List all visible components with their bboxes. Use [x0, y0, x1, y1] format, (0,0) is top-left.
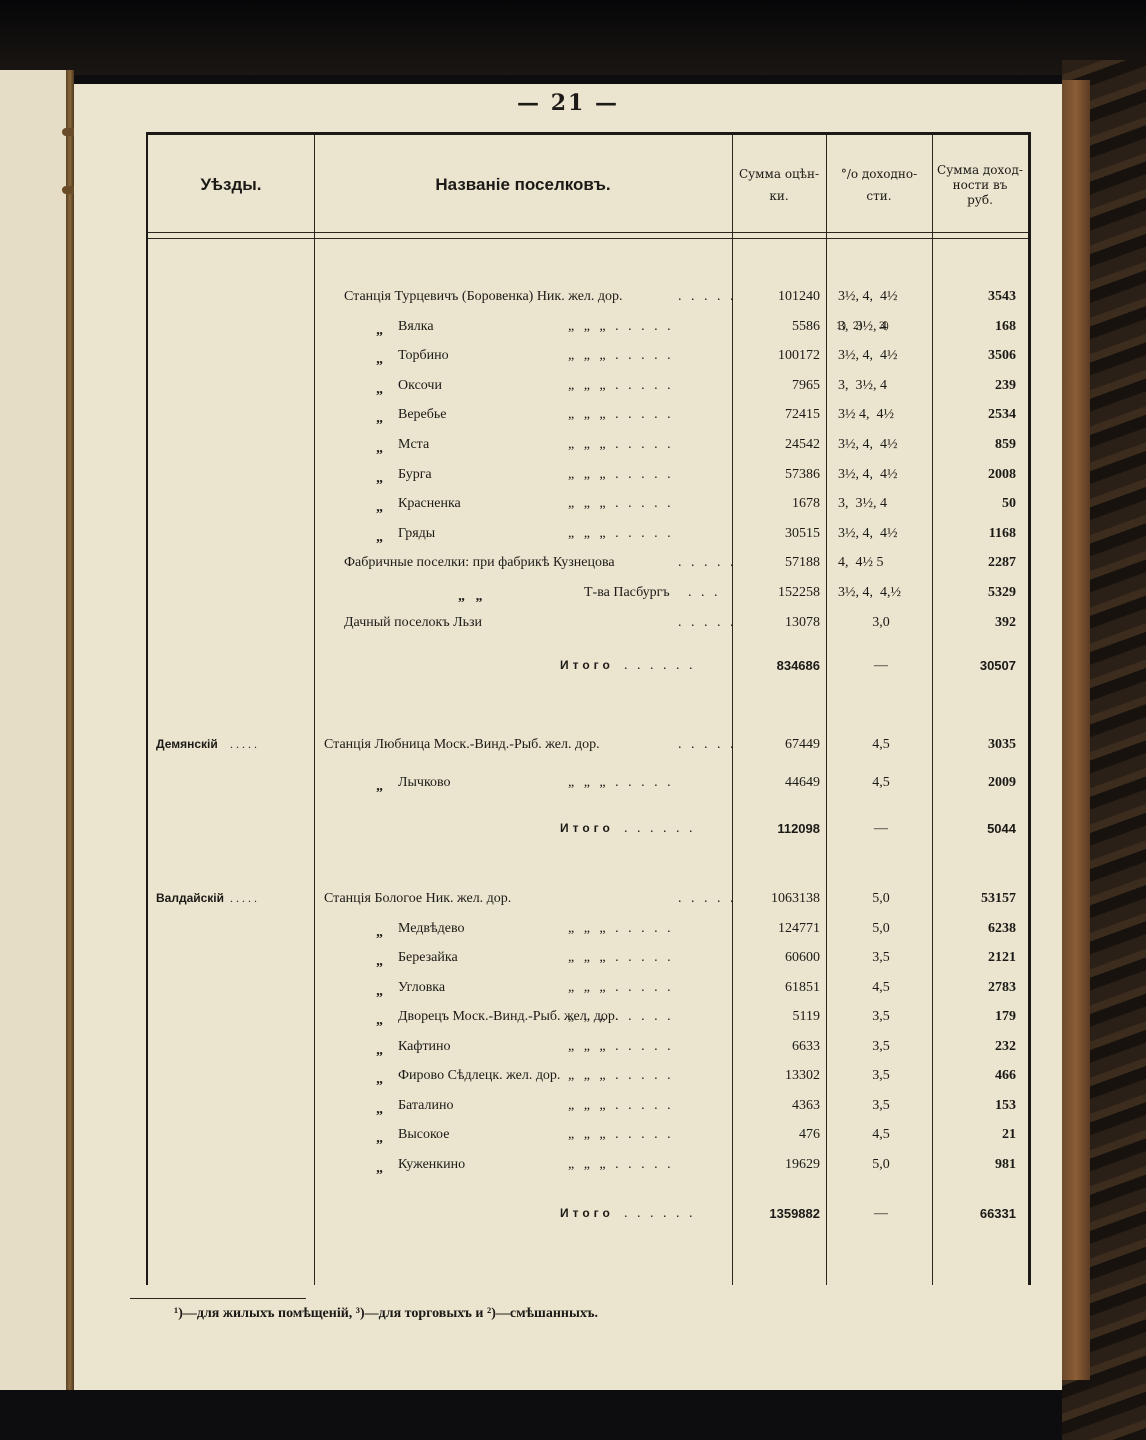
- leader-dots: . . . . .: [678, 891, 737, 907]
- settlement-name: Фабричные поселки: при фабрикѣ Кузнецова: [344, 555, 615, 571]
- leader-dots: .....: [230, 891, 260, 906]
- yield-value: 3½ 4, 4½: [838, 407, 933, 423]
- ditto-leader: „ „ „ . . . . .: [568, 921, 674, 937]
- ditto-mark: „: [376, 1013, 383, 1029]
- yield-value: 3½, 4, 4,½: [838, 585, 933, 601]
- settlement-name: Высокое: [398, 1127, 449, 1143]
- assessment-value: 13302: [746, 1068, 820, 1084]
- yield-value: 5,0: [836, 1157, 926, 1173]
- ditto-leader: „ „ „ . . . . .: [568, 775, 674, 791]
- settlement-name: Торбино: [398, 348, 449, 364]
- ditto-mark: „: [376, 500, 383, 516]
- total-row: Итого. . . . . .834686—30507: [148, 654, 1028, 680]
- assessment-value: 61851: [746, 980, 820, 996]
- assessment-value: 60600: [746, 950, 820, 966]
- assessment-value: 57386: [746, 467, 820, 483]
- total-assessment: 834686: [746, 658, 820, 673]
- income-value: 2009: [938, 775, 1016, 791]
- data-table: Уѣзды. Названіе поселковъ. Сумма оцѣн- к…: [146, 132, 1031, 1285]
- ditto-leader: „ „ „ . . . . .: [568, 407, 674, 423]
- settlement-name: Куженкино: [398, 1157, 465, 1173]
- ditto-leader: „ „ „ . . . . .: [568, 1068, 674, 1084]
- ditto-mark: „: [376, 954, 383, 970]
- table-row: Фабричные поселки: при фабрикѣ Кузнецова…: [148, 551, 1028, 577]
- settlement-name: Станція Любница Моск.-Винд.-Рыб. жел. до…: [324, 737, 600, 753]
- yield-value: 3½, 4, 4½: [838, 348, 933, 364]
- table-row: „Баталино„ „ „ . . . . .43633,5153: [148, 1094, 1028, 1120]
- income-value: 981: [938, 1157, 1016, 1173]
- table-row: „Мста„ „ „ . . . . .245423½, 4, 4½859: [148, 433, 1028, 459]
- yield-value: 3, 3½, 4: [838, 496, 933, 512]
- table-row: „Оксочи„ „ „ . . . . .79653, 3½, 4239: [148, 374, 1028, 400]
- assessment-value: 476: [746, 1127, 820, 1143]
- yield-value: 4,5: [836, 737, 926, 753]
- income-value: 6238: [938, 921, 1016, 937]
- ditto-leader: „ „ „ . . . . .: [568, 980, 674, 996]
- income-value: 21: [938, 1127, 1016, 1143]
- ditto-mark: „: [376, 382, 383, 398]
- assessment-value: 19629: [746, 1157, 820, 1173]
- total-income: 66331: [938, 1206, 1016, 1221]
- total-row: Итого. . . . . .1359882—66331: [148, 1202, 1028, 1228]
- ditto-mark: „: [376, 411, 383, 427]
- ditto-leader: „ „ „ . . . . .: [568, 1039, 674, 1055]
- settlement-name: Гряды: [398, 526, 435, 542]
- income-value: 2534: [938, 407, 1016, 423]
- table-row: „Лычково„ „ „ . . . . .446494,52009: [148, 771, 1028, 797]
- ditto-leader: „ „ „ . . . . .: [568, 467, 674, 483]
- settlement-name: Станція Бологое Ник. жел. дор.: [324, 891, 511, 907]
- income-value: 50: [938, 496, 1016, 512]
- table-row: „Вялка„ „ „ . . . . .55863, 3½, 4168: [148, 315, 1028, 341]
- table-row: „Куженкино„ „ „ . . . . .196295,0981: [148, 1153, 1028, 1179]
- leader-dots: . . . . .: [678, 289, 737, 305]
- total-income: 5044: [938, 821, 1016, 836]
- settlement-name: Фирово Сѣдлецк. жел. дор.: [398, 1068, 560, 1084]
- income-value: 5329: [938, 585, 1016, 601]
- income-value: 3506: [938, 348, 1016, 364]
- table-row: Станція Турцевичъ (Боровенка) Ник. жел. …: [148, 285, 1028, 311]
- yield-value: 3, 3½, 4: [838, 319, 933, 335]
- assessment-value: 57188: [746, 555, 820, 571]
- settlement-name: Станція Турцевичъ (Боровенка) Ник. жел. …: [344, 289, 623, 305]
- leader-dots: . . . . .: [678, 737, 737, 753]
- yield-value: 3,5: [836, 1009, 926, 1025]
- income-value: 2783: [938, 980, 1016, 996]
- ditto-mark: „: [376, 471, 383, 487]
- ditto-mark: „: [376, 323, 383, 339]
- ditto-mark: „: [376, 779, 383, 795]
- total-yield: —: [836, 821, 926, 837]
- assessment-value: 1063138: [746, 891, 820, 907]
- leader-dots: . . . . . .: [624, 821, 696, 837]
- income-value: 2287: [938, 555, 1016, 571]
- income-value: 153: [938, 1098, 1016, 1114]
- total-income: 30507: [938, 658, 1016, 673]
- ditto-leader: „ „ „ . . . . .: [568, 348, 674, 364]
- yield-value: 5,0: [836, 891, 926, 907]
- yield-value: 3, 3½, 4: [838, 378, 933, 394]
- table-row: „Березайка„ „ „ . . . . .606003,52121: [148, 946, 1028, 972]
- book-board-edge: [1062, 80, 1090, 1380]
- yield-value: 4,5: [836, 775, 926, 791]
- ditto-leader: „ „ „ . . . . .: [568, 496, 674, 512]
- table-row: „ „Т-ва Пасбургъ. . .1522583½, 4, 4,½532…: [148, 581, 1028, 607]
- ditto-mark: „ „: [458, 589, 483, 605]
- header-double-rule: [148, 232, 1028, 239]
- table-row: Демянскій.....Станція Любница Моск.-Винд…: [148, 733, 1028, 759]
- header-income: Сумма доход- ности въ руб.: [932, 135, 1028, 235]
- income-value: 53157: [938, 891, 1016, 907]
- income-value: 392: [938, 615, 1016, 631]
- ditto-mark: „: [376, 1131, 383, 1147]
- table-row: „Гряды„ „ „ . . . . .305153½, 4, 4½1168: [148, 522, 1028, 548]
- settlement-name: Оксочи: [398, 378, 442, 394]
- income-value: 239: [938, 378, 1016, 394]
- yield-value: 4, 4½ 5: [838, 555, 933, 571]
- yield-value: 3½, 4, 4½: [838, 437, 933, 453]
- ditto-leader: „ „ „ . . . . .: [568, 1127, 674, 1143]
- table-row: „Веребье„ „ „ . . . . .724153½ 4, 4½2534: [148, 403, 1028, 429]
- income-value: 232: [938, 1039, 1016, 1055]
- settlement-name: Лычково: [398, 775, 451, 791]
- district-name: Валдайскій: [156, 891, 224, 905]
- table-row: „Медвѣдево„ „ „ . . . . .1247715,06238: [148, 917, 1028, 943]
- ditto-mark: „: [376, 1072, 383, 1088]
- total-row: Итого. . . . . .112098—5044: [148, 817, 1028, 843]
- yield-value: 4,5: [836, 1127, 926, 1143]
- settlement-name: Веребье: [398, 407, 447, 423]
- ditto-mark: „: [376, 1102, 383, 1118]
- assessment-value: 72415: [746, 407, 820, 423]
- assessment-value: 4363: [746, 1098, 820, 1114]
- ditto-leader: „ „ „ . . . . .: [568, 526, 674, 542]
- facing-page: [0, 70, 70, 1390]
- book-cover-top: [0, 0, 1146, 75]
- table-row: „Кафтино„ „ „ . . . . .66333,5232: [148, 1035, 1028, 1061]
- table-row: „Дворецъ Моск.-Винд.-Рыб. жел. дор.„ „ „…: [148, 1005, 1028, 1031]
- income-value: 3035: [938, 737, 1016, 753]
- income-value: 466: [938, 1068, 1016, 1084]
- ditto-leader: „ „ „ . . . . .: [568, 950, 674, 966]
- header-district: Уѣзды.: [148, 135, 314, 235]
- table-row: „Красненка„ „ „ . . . . .16783, 3½, 450: [148, 492, 1028, 518]
- district-name: Демянскій: [156, 737, 218, 751]
- yield-value: 3,5: [836, 1098, 926, 1114]
- assessment-value: 44649: [746, 775, 820, 791]
- assessment-value: 152258: [746, 585, 820, 601]
- settlement-name: Медвѣдево: [398, 921, 464, 937]
- income-value: 3543: [938, 289, 1016, 305]
- income-value: 168: [938, 319, 1016, 335]
- leader-dots: . . . . . .: [624, 1206, 696, 1222]
- table-row: „Угловка„ „ „ . . . . .618514,52783: [148, 976, 1028, 1002]
- leader-dots: .....: [230, 737, 260, 752]
- settlement-name: Красненка: [398, 496, 461, 512]
- income-value: 859: [938, 437, 1016, 453]
- ditto-mark: „: [376, 1043, 383, 1059]
- assessment-value: 30515: [746, 526, 820, 542]
- leader-dots: . . . . . .: [624, 658, 696, 674]
- total-yield: —: [836, 1206, 926, 1222]
- ditto-leader: „ „ „ . . . . .: [568, 1009, 674, 1025]
- settlement-name: Т-ва Пасбургъ: [584, 585, 670, 601]
- assessment-value: 7965: [746, 378, 820, 394]
- table-row: „Фирово Сѣдлецк. жел. дор.„ „ „ . . . . …: [148, 1064, 1028, 1090]
- table-row: „Торбино„ „ „ . . . . .1001723½, 4, 4½35…: [148, 344, 1028, 370]
- header-settlement: Названіе поселковъ.: [314, 135, 732, 235]
- settlement-name: Угловка: [398, 980, 445, 996]
- yield-value: 3,5: [836, 1039, 926, 1055]
- ditto-leader: „ „ „ . . . . .: [568, 319, 674, 335]
- settlement-name: Баталино: [398, 1098, 454, 1114]
- assessment-value: 1678: [746, 496, 820, 512]
- settlement-name: Мста: [398, 437, 429, 453]
- settlement-name: Кафтино: [398, 1039, 451, 1055]
- income-value: 2121: [938, 950, 1016, 966]
- yield-value: 3,0: [836, 615, 926, 631]
- assessment-value: 67449: [746, 737, 820, 753]
- table-row: Дачный поселокъ Льзи. . . . .130783,0392: [148, 611, 1028, 637]
- assessment-value: 100172: [746, 348, 820, 364]
- ditto-mark: „: [376, 1161, 383, 1177]
- ditto-mark: „: [376, 984, 383, 1000]
- ditto-mark: „: [376, 925, 383, 941]
- document-page: — 21 — Уѣзды. Названіе поселковъ. Сумма …: [74, 84, 1062, 1390]
- assessment-value: 5586: [746, 319, 820, 335]
- total-assessment: 1359882: [746, 1206, 820, 1221]
- ditto-mark: „: [376, 530, 383, 546]
- table-row: „Высокое„ „ „ . . . . .4764,521: [148, 1123, 1028, 1149]
- total-assessment: 112098: [746, 821, 820, 836]
- ditto-mark: „: [376, 441, 383, 457]
- settlement-name: Вялка: [398, 319, 434, 335]
- yield-value: 3½, 4, 4½: [838, 526, 933, 542]
- income-value: 2008: [938, 467, 1016, 483]
- footnote: ¹)—для жилыхъ помѣщеній, ³)—для торговых…: [174, 1306, 598, 1322]
- yield-value: 3½, 4, 4½: [838, 467, 933, 483]
- assessment-value: 13078: [746, 615, 820, 631]
- assessment-value: 6633: [746, 1039, 820, 1055]
- ditto-leader: „ „ „ . . . . .: [568, 437, 674, 453]
- assessment-value: 101240: [746, 289, 820, 305]
- footnote-rule: [130, 1298, 306, 1299]
- yield-value: 3,5: [836, 1068, 926, 1084]
- total-yield: —: [836, 658, 926, 674]
- table-row: Валдайскій.....Станція Бологое Ник. жел.…: [148, 887, 1028, 913]
- yield-value: 5,0: [836, 921, 926, 937]
- total-label: Итого: [560, 821, 614, 835]
- yield-value: 4,5: [836, 980, 926, 996]
- leader-dots: . . .: [688, 585, 721, 601]
- assessment-value: 5119: [746, 1009, 820, 1025]
- leader-dots: . . . . .: [678, 555, 737, 571]
- total-label: Итого: [560, 1206, 614, 1220]
- header-assessment: Сумма оцѣн- ки.: [732, 135, 826, 235]
- page-number: — 21 —: [74, 90, 1062, 116]
- ditto-mark: „: [376, 352, 383, 368]
- ditto-leader: „ „ „ . . . . .: [568, 1098, 674, 1114]
- ditto-leader: „ „ „ . . . . .: [568, 1157, 674, 1173]
- header-yield: °/o доходно- сти.: [826, 135, 932, 235]
- yield-value: 3,5: [836, 950, 926, 966]
- settlement-name: Дачный поселокъ Льзи: [344, 615, 482, 631]
- leader-dots: . . . . .: [678, 615, 737, 631]
- yield-value: 3½, 4, 4½: [838, 289, 933, 305]
- income-value: 1168: [938, 526, 1016, 542]
- total-label: Итого: [560, 658, 614, 672]
- ditto-leader: „ „ „ . . . . .: [568, 378, 674, 394]
- book-gutter: [66, 70, 74, 1390]
- income-value: 179: [938, 1009, 1016, 1025]
- assessment-value: 24542: [746, 437, 820, 453]
- assessment-value: 124771: [746, 921, 820, 937]
- settlement-name: Бурга: [398, 467, 432, 483]
- settlement-name: Березайка: [398, 950, 458, 966]
- table-row: „Бурга„ „ „ . . . . .573863½, 4, 4½2008: [148, 463, 1028, 489]
